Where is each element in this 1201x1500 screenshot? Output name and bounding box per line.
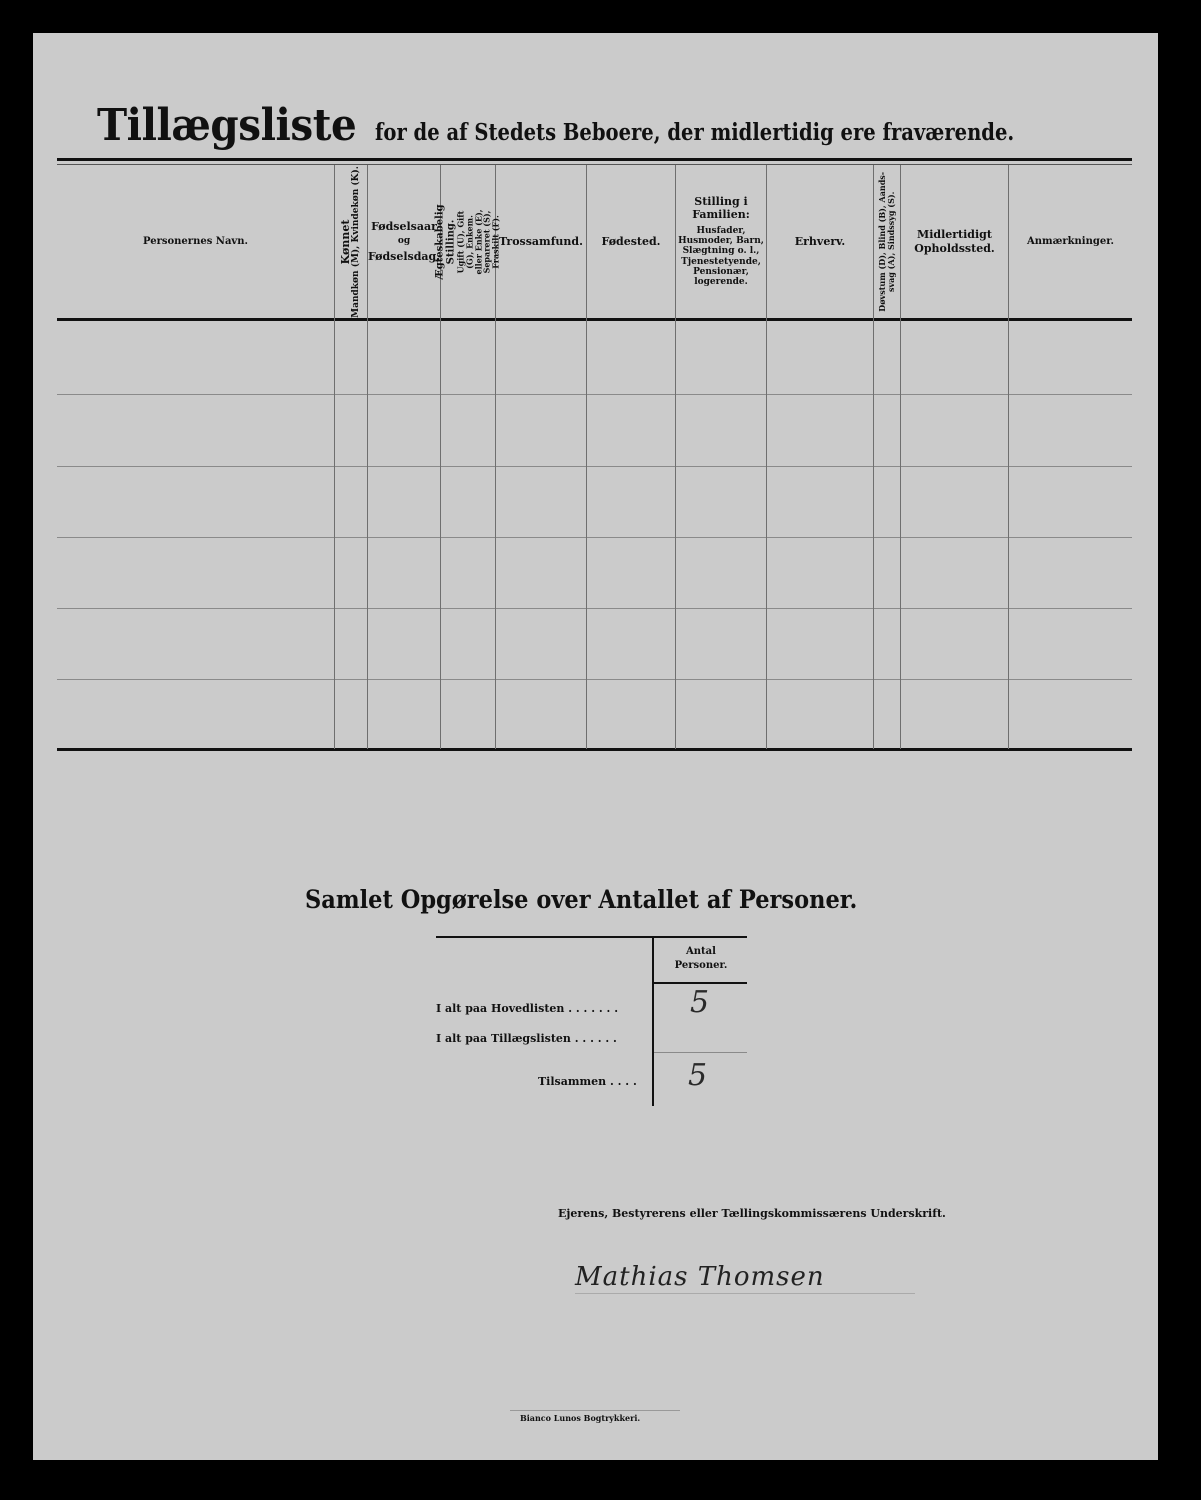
title-main: Tillægsliste: [97, 100, 356, 151]
col-header-religion: Trossamfund.: [496, 165, 586, 318]
row-divider: [57, 537, 1132, 538]
col-header-occupation: Erhverv.: [767, 165, 873, 318]
signature: Mathias Thomsen: [575, 1262, 825, 1292]
summary-title: Samlet Opgørelse over Antallet af Person…: [305, 885, 857, 914]
summary-value-total: 5: [688, 1058, 707, 1093]
col-header-family-position: Stilling i Familien: Husfader, Husmoder,…: [676, 165, 766, 318]
table-bottom-rule: [57, 748, 1132, 751]
summary-label-total: Tilsammen . . . .: [538, 1075, 637, 1088]
col-header-birth: Fødselsaar og Fødselsdag.: [368, 165, 440, 318]
row-divider: [57, 608, 1132, 609]
summary-top-rule: [436, 936, 747, 938]
printer-imprint: Bianco Lunos Bogtrykkeri.: [520, 1413, 640, 1423]
signature-label: Ejerens, Bestyrerens eller Tællingskommi…: [558, 1207, 946, 1220]
col-header-gender: Kønnet Mandkøn (M), Kvindekøn (K).: [335, 165, 367, 318]
table-top-rule: [57, 158, 1132, 161]
row-divider: [57, 679, 1132, 680]
col-header-disability: Døvstum (D), Blind (B), Aands- svag (A),…: [874, 165, 900, 318]
col-header-name: Personernes Navn.: [57, 165, 334, 318]
col-header-birthplace: Fødested.: [587, 165, 675, 318]
col-header-temp-residence: Midlertidigt Opholdssted.: [901, 165, 1008, 318]
summary-vertical-rule: [652, 938, 654, 1106]
summary-value-main-list: 5: [690, 985, 709, 1020]
row-divider: [57, 394, 1132, 395]
summary-label-supplement-list: I alt paa Tillægslisten . . . . . .: [436, 1032, 617, 1045]
table-header-rule: [57, 318, 1132, 321]
summary-column-header: Antal Personer.: [656, 945, 746, 972]
footer-rule: [510, 1410, 680, 1411]
col-header-remarks: Anmærkninger.: [1009, 165, 1132, 318]
form-title: Tillægsliste for de af Stedets Beboere, …: [97, 100, 1127, 151]
summary-header-rule: [654, 982, 747, 984]
title-subtitle: for de af Stedets Beboere, der midlertid…: [375, 119, 1014, 146]
row-divider: [57, 466, 1132, 467]
summary-total-rule: [654, 1052, 747, 1053]
col-header-marital: Ægteskabelig Stilling. Ugift (U), Gift (…: [441, 165, 495, 318]
signature-line: [575, 1293, 915, 1294]
summary-label-main-list: I alt paa Hovedlisten . . . . . . .: [436, 1002, 618, 1015]
title-emphasis: fraværende.: [882, 119, 1014, 146]
